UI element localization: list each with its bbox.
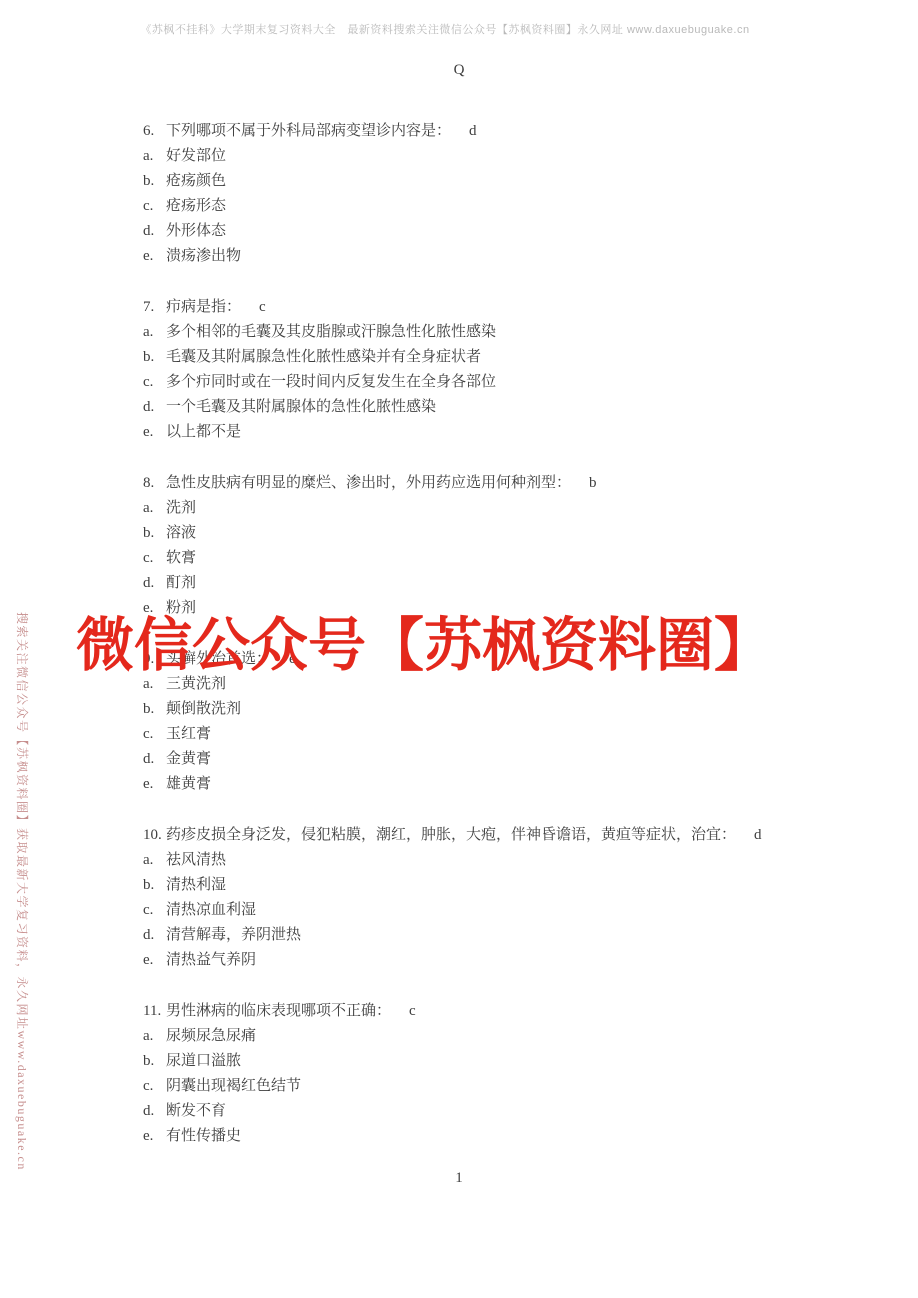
option-letter: a. xyxy=(143,496,166,521)
option-line: d.清营解毒，养阴泄热 xyxy=(143,923,823,948)
option-text: 清营解毒，养阴泄热 xyxy=(166,927,301,943)
option-line: a.好发部位 xyxy=(143,144,823,169)
option-letter: c. xyxy=(143,370,166,395)
option-line: b.尿道口溢脓 xyxy=(143,1049,823,1074)
option-line: e.雄黄膏 xyxy=(143,772,823,797)
question-number: 10. xyxy=(143,823,166,848)
option-line: e.溃疡渗出物 xyxy=(143,244,823,269)
option-text: 多个疖同时或在一段时间内反复发生在全身各部位 xyxy=(166,374,496,390)
question-number: 7. xyxy=(143,295,166,320)
option-text: 多个相邻的毛囊及其皮脂腺或汗腺急性化脓性感染 xyxy=(166,324,496,340)
option-line: d.金黄膏 xyxy=(143,747,823,772)
option-line: a.洗剂 xyxy=(143,496,823,521)
option-letter: c. xyxy=(143,722,166,747)
question-text: 疖病是指： xyxy=(166,299,241,315)
option-letter: b. xyxy=(143,697,166,722)
option-text: 尿道口溢脓 xyxy=(166,1053,241,1069)
option-line: a.尿频尿急尿痛 xyxy=(143,1024,823,1049)
question-block: 10.药疹皮损全身泛发，侵犯粘膜，潮红，肿胀，大疱，伴神昏谵语，黄疸等症状，治宜… xyxy=(143,823,823,973)
option-line: b.溶液 xyxy=(143,521,823,546)
option-line: b.颠倒散洗剂 xyxy=(143,697,823,722)
option-text: 颠倒散洗剂 xyxy=(166,701,241,717)
option-line: c.疮疡形态 xyxy=(143,194,823,219)
option-letter: d. xyxy=(143,1099,166,1124)
option-letter: d. xyxy=(143,571,166,596)
question-answer: b xyxy=(589,475,597,491)
question-block: 11.男性淋病的临床表现哪项不正确：c a.尿频尿急尿痛 b.尿道口溢脓 c.阴… xyxy=(143,999,823,1149)
option-letter: b. xyxy=(143,873,166,898)
question-text: 药疹皮损全身泛发，侵犯粘膜，潮红，肿胀，大疱，伴神昏谵语，黄疸等症状，治宜： xyxy=(166,827,736,843)
option-text: 洗剂 xyxy=(166,500,196,516)
option-text: 溶液 xyxy=(166,525,196,541)
option-text: 清热凉血利湿 xyxy=(166,902,256,918)
option-text: 好发部位 xyxy=(166,148,226,164)
option-letter: a. xyxy=(143,848,166,873)
option-letter: e. xyxy=(143,244,166,269)
option-line: e.清热益气养阴 xyxy=(143,948,823,973)
option-line: c.阴囊出现褐红色结节 xyxy=(143,1074,823,1099)
option-line: d.酊剂 xyxy=(143,571,823,596)
option-line: c.玉红膏 xyxy=(143,722,823,747)
watermark-center-text: 微信公众号【苏枫资料圈】 xyxy=(76,598,772,682)
question-number: 11. xyxy=(143,999,166,1024)
question-text: 男性淋病的临床表现哪项不正确： xyxy=(166,1003,391,1019)
question-block: 6.下列哪项不属于外科局部病变望诊内容是：d a.好发部位 b.疮疡颜色 c.疮… xyxy=(143,119,823,269)
option-letter: d. xyxy=(143,747,166,772)
option-letter: d. xyxy=(143,219,166,244)
option-letter: b. xyxy=(143,169,166,194)
option-letter: c. xyxy=(143,194,166,219)
option-letter: e. xyxy=(143,1124,166,1149)
question-number: 6. xyxy=(143,119,166,144)
option-line: a.多个相邻的毛囊及其皮脂腺或汗腺急性化脓性感染 xyxy=(143,320,823,345)
question-line: 6.下列哪项不属于外科局部病变望诊内容是：d xyxy=(143,119,823,144)
option-text: 雄黄膏 xyxy=(166,776,211,792)
question-text: 急性皮肤病有明显的糜烂、渗出时，外用药应选用何种剂型： xyxy=(166,475,571,491)
question-line: 11.男性淋病的临床表现哪项不正确：c xyxy=(143,999,823,1024)
option-text: 清热益气养阴 xyxy=(166,952,256,968)
option-text: 有性传播史 xyxy=(166,1128,241,1144)
page-number: 1 xyxy=(0,1170,918,1187)
question-line: 7.疖病是指：c xyxy=(143,295,823,320)
option-text: 酊剂 xyxy=(166,575,196,591)
question-number: 8. xyxy=(143,471,166,496)
option-letter: c. xyxy=(143,898,166,923)
option-line: e.有性传播史 xyxy=(143,1124,823,1149)
option-letter: a. xyxy=(143,320,166,345)
question-block: 7.疖病是指：c a.多个相邻的毛囊及其皮脂腺或汗腺急性化脓性感染 b.毛囊及其… xyxy=(143,295,823,445)
option-line: d.一个毛囊及其附属腺体的急性化脓性感染 xyxy=(143,395,823,420)
option-text: 疮疡颜色 xyxy=(166,173,226,189)
option-text: 一个毛囊及其附属腺体的急性化脓性感染 xyxy=(166,399,436,415)
option-letter: e. xyxy=(143,420,166,445)
option-text: 尿频尿急尿痛 xyxy=(166,1028,256,1044)
option-letter: b. xyxy=(143,1049,166,1074)
option-text: 毛囊及其附属腺急性化脓性感染并有全身症状者 xyxy=(166,349,481,365)
option-text: 溃疡渗出物 xyxy=(166,248,241,264)
option-text: 清热利湿 xyxy=(166,877,226,893)
option-line: c.多个疖同时或在一段时间内反复发生在全身各部位 xyxy=(143,370,823,395)
option-line: d.外形体态 xyxy=(143,219,823,244)
option-letter: b. xyxy=(143,345,166,370)
option-text: 断发不育 xyxy=(166,1103,226,1119)
question-text: 下列哪项不属于外科局部病变望诊内容是： xyxy=(166,123,451,139)
page-top-marker: Q xyxy=(0,62,918,79)
question-answer: d xyxy=(754,827,762,843)
option-letter: b. xyxy=(143,521,166,546)
question-answer: c xyxy=(259,299,266,315)
watermark-side-text: 搜索关注微信公众号【苏枫资料圈】获取最新大学复习资料，永久网址www.daxue… xyxy=(14,612,31,1171)
page-header: 《苏枫不挂科》大学期末复习资料大全 最新资料搜索关注微信公众号【苏枫资料圈】永久… xyxy=(0,21,890,37)
option-text: 以上都不是 xyxy=(166,424,241,440)
option-line: b.毛囊及其附属腺急性化脓性感染并有全身症状者 xyxy=(143,345,823,370)
option-letter: c. xyxy=(143,1074,166,1099)
option-letter: a. xyxy=(143,1024,166,1049)
option-letter: d. xyxy=(143,395,166,420)
question-line: 8.急性皮肤病有明显的糜烂、渗出时，外用药应选用何种剂型：b xyxy=(143,471,823,496)
option-letter: d. xyxy=(143,923,166,948)
option-text: 玉红膏 xyxy=(166,726,211,742)
question-answer: d xyxy=(469,123,477,139)
option-line: d.断发不育 xyxy=(143,1099,823,1124)
option-text: 疮疡形态 xyxy=(166,198,226,214)
option-text: 阴囊出现褐红色结节 xyxy=(166,1078,301,1094)
option-text: 外形体态 xyxy=(166,223,226,239)
option-letter: a. xyxy=(143,144,166,169)
option-text: 祛风清热 xyxy=(166,852,226,868)
option-letter: e. xyxy=(143,948,166,973)
option-letter: e. xyxy=(143,772,166,797)
option-line: a.祛风清热 xyxy=(143,848,823,873)
question-answer: c xyxy=(409,1003,416,1019)
option-line: b.疮疡颜色 xyxy=(143,169,823,194)
option-letter: c. xyxy=(143,546,166,571)
option-line: e.以上都不是 xyxy=(143,420,823,445)
option-line: c.软膏 xyxy=(143,546,823,571)
option-text: 金黄膏 xyxy=(166,751,211,767)
option-line: c.清热凉血利湿 xyxy=(143,898,823,923)
question-line: 10.药疹皮损全身泛发，侵犯粘膜，潮红，肿胀，大疱，伴神昏谵语，黄疸等症状，治宜… xyxy=(143,823,823,848)
option-text: 软膏 xyxy=(166,550,196,566)
option-line: b.清热利湿 xyxy=(143,873,823,898)
